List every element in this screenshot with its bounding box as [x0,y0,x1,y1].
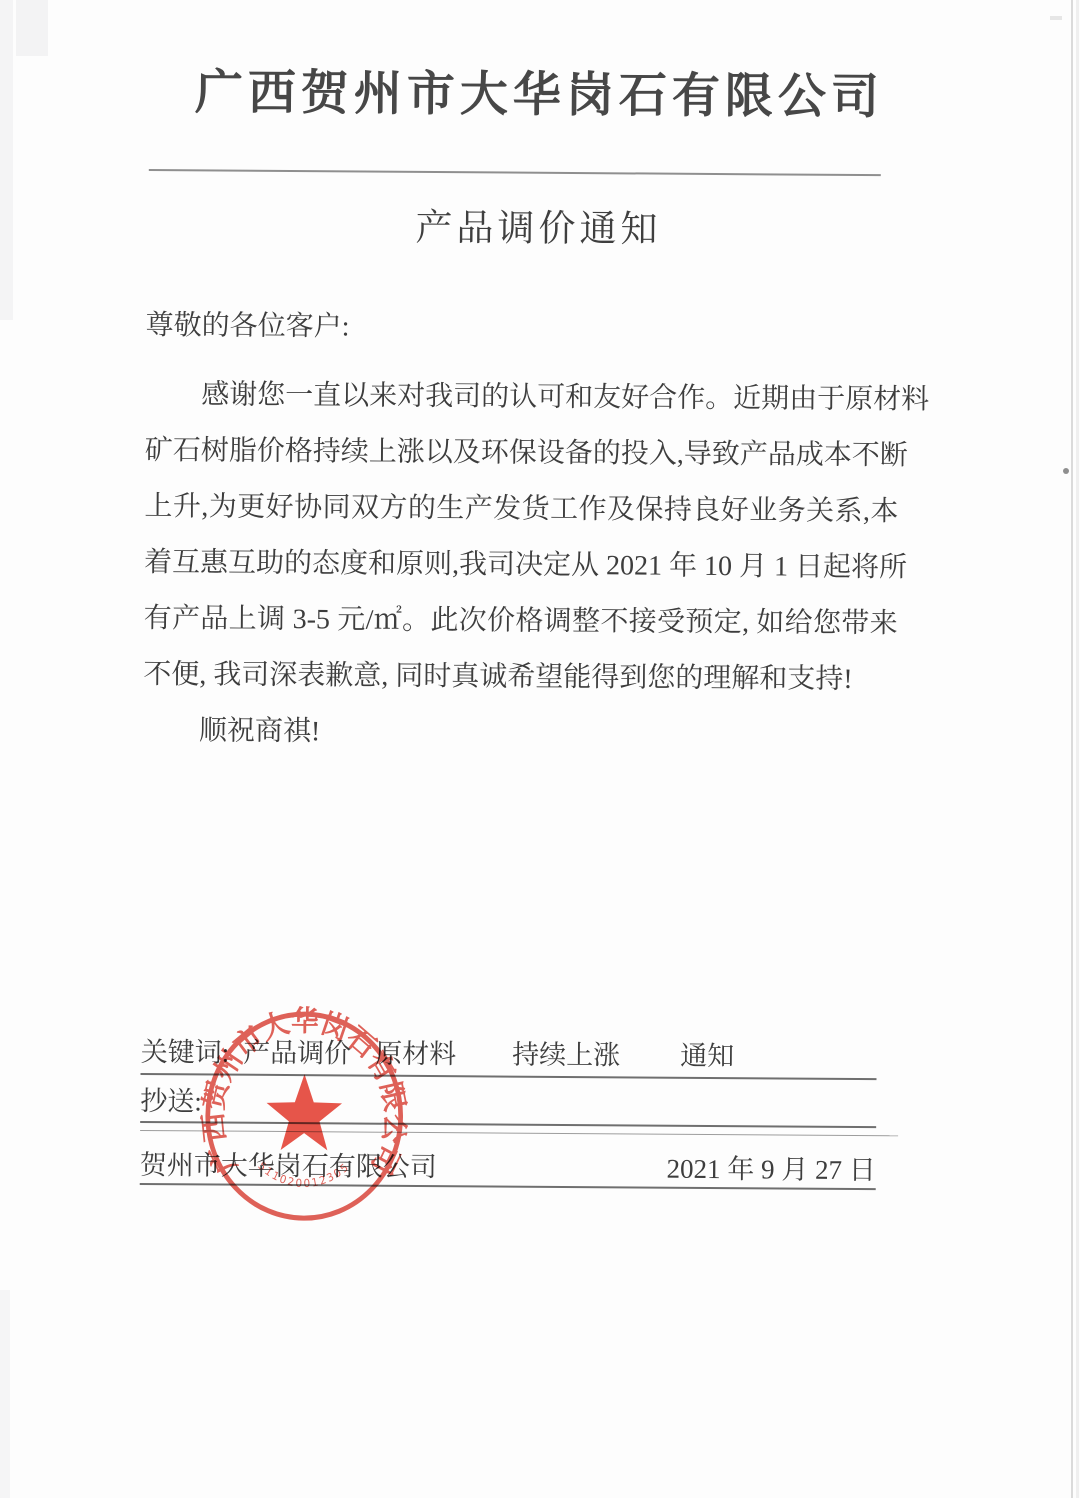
signature-row: 贺州市大华岗石有限公司 2021 年 9 月 27 日 [140,1143,876,1190]
scanned-letter-page: 广西贺州市大华岗石有限公司 产品调价通知 尊敬的各位客户: 感谢您一直以来对我司… [0,0,1080,1498]
keywords-row: 关键词:产品调价原材料持续上涨通知 [140,1035,876,1080]
main-paragraph: 感谢您一直以来对我司的认可和友好合作。近期由于原材料 矿石树脂价格持续上涨以及环… [143,367,899,708]
keyword-item: 原材料 [375,1037,456,1072]
body-line: 有产品上调 3-5 元/㎡。此次价格调整不接受预定, 如给您带来 [143,591,897,652]
company-title: 广西贺州市大华岗石有限公司 [0,52,1080,129]
body-line: 着互惠互助的态度和原则,我司决定从 2021 年 10 月 1 日起将所 [144,535,898,596]
header-divider [149,169,881,176]
salutation: 尊敬的各位客户: [146,301,900,356]
cc-row-second-line [140,1130,898,1136]
cc-label: 抄送: [140,1086,202,1116]
body-line: 不便, 我司深表歉意, 同时真诚希望能得到您的理解和支持! [143,647,897,708]
keywords-label: 关键词: [141,1037,230,1068]
letter-body: 尊敬的各位客户: 感谢您一直以来对我司的认可和友好合作。近期由于原材料 矿石树脂… [143,301,900,764]
keyword-item: 通知 [680,1039,734,1073]
signature-company: 贺州市大华岗石有限公司 [140,1147,437,1185]
closing-phrase: 顺祝商祺! [143,703,897,764]
signature-date: 2021 年 9 月 27 日 [666,1151,875,1188]
body-line: 矿石树脂价格持续上涨以及环保设备的投入,导致产品成本不断 [145,423,899,484]
document-title: 产品调价通知 [0,194,1079,256]
body-line: 感谢您一直以来对我司的认可和友好合作。近期由于原材料 [145,367,899,428]
letter-content: 广西贺州市大华岗石有限公司 产品调价通知 尊敬的各位客户: 感谢您一直以来对我司… [0,0,1080,1498]
cc-row: 抄送: [140,1085,876,1128]
keyword-item: 产品调价 [243,1036,351,1071]
body-line: 上升,为更好协同双方的生产发货工作及保持良好业务关系,本 [144,479,898,540]
keyword-item: 持续上涨 [512,1038,620,1073]
